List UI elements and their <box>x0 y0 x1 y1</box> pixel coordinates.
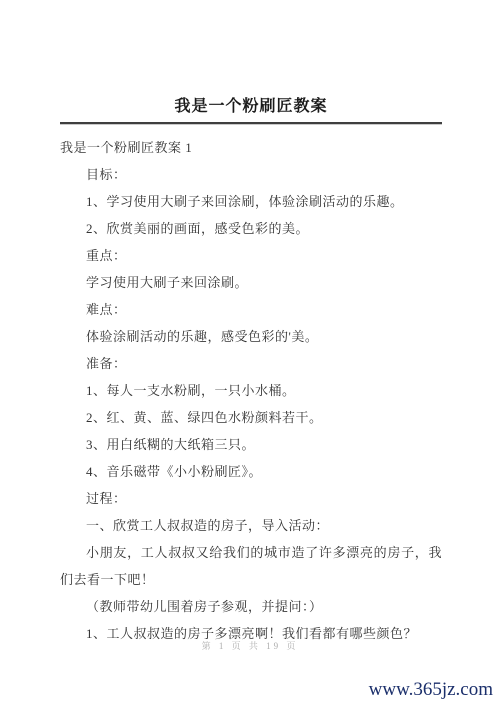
section-label-process: 过程： <box>60 485 442 512</box>
list-item: 1、学习使用大刷子来回涂刷，体验涂刷活动的乐趣。 <box>60 188 442 215</box>
section-label-focus: 重点： <box>60 242 442 269</box>
title-divider <box>60 122 442 125</box>
document-page: 我是一个粉刷匠教案 我是一个粉刷匠教案 1 目标： 1、学习使用大刷子来回涂刷，… <box>0 0 500 647</box>
page-title: 我是一个粉刷匠教案 <box>60 97 442 117</box>
doc-paragraph: （教师带幼儿围着房子参观，并提问：） <box>60 593 442 620</box>
list-item: 2、欣赏美丽的画面，感受色彩的美。 <box>60 215 442 242</box>
doc-paragraph: 学习使用大刷子来回涂刷。 <box>60 269 442 296</box>
list-item: 2、红、黄、蓝、绿四色水粉颜料若干。 <box>60 404 442 431</box>
section-label-preparation: 准备： <box>60 350 442 377</box>
section-label-difficulty: 难点： <box>60 296 442 323</box>
doc-paragraph: 体验涂刷活动的乐趣，感受色彩的'美。 <box>60 323 442 350</box>
page-number-footer: 第 1 页 共 19 页 <box>0 639 500 652</box>
doc-paragraph: 一、欣赏工人叔叔造的房子，导入活动： <box>60 512 442 539</box>
website-link[interactable]: www.365jz.com <box>369 679 493 701</box>
section-label-goals: 目标： <box>60 161 442 188</box>
list-item: 4、音乐磁带《小小粉刷匠》。 <box>60 458 442 485</box>
doc-paragraph: 小朋友，工人叔叔又给我们的城市造了许多漂亮的房子，我们去看一下吧！ <box>60 539 442 593</box>
doc-subtitle: 我是一个粉刷匠教案 1 <box>60 134 442 161</box>
document-body: 我是一个粉刷匠教案 1 目标： 1、学习使用大刷子来回涂刷，体验涂刷活动的乐趣。… <box>60 134 442 647</box>
list-item: 1、每人一支水粉刷，一只小水桶。 <box>60 377 442 404</box>
list-item: 3、用白纸糊的大纸箱三只。 <box>60 431 442 458</box>
